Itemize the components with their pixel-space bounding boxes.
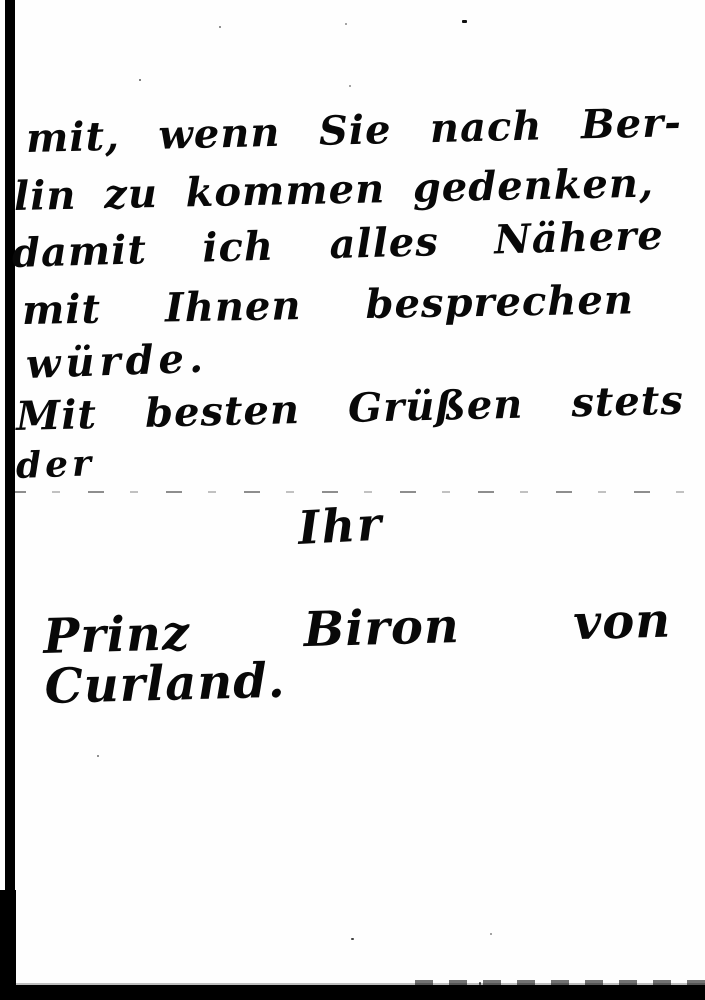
scan-edge-bottom-fuzz [415,980,705,985]
signature: Prinz Biron von Curland. [43,596,673,713]
scan-edge-bottom-bar [0,985,705,1000]
scan-speck [349,85,351,87]
valediction: Ihr [297,500,385,553]
scan-edge-left-foot [0,890,16,1000]
handwritten-line-5: würde. [25,338,208,386]
handwritten-line-7: der [15,445,95,486]
scan-speck [139,79,141,81]
handwritten-line-3: damit ich alles Nähere [11,215,664,275]
scan-speck [97,755,99,757]
scan-speck [345,23,347,25]
handwritten-line-4: mit Ihnen besprechen [22,279,635,332]
scan-speck [490,933,492,935]
handwritten-line-6: Mit besten Grüßen stets [15,380,684,438]
handwritten-line-2: lin zu kommen gedenken, [14,163,655,218]
scan-speck [219,26,221,28]
scan-speck [479,982,481,985]
scan-speck [351,938,354,940]
scanned-letter-page: mit, wenn Sie nach Ber- lin zu kommen ge… [0,0,705,1000]
scan-speck [462,20,467,23]
scan-edge-left-strip [5,0,15,1000]
handwritten-line-1: mit, wenn Sie nach Ber- [25,102,682,160]
paper-fold-line [10,491,705,493]
